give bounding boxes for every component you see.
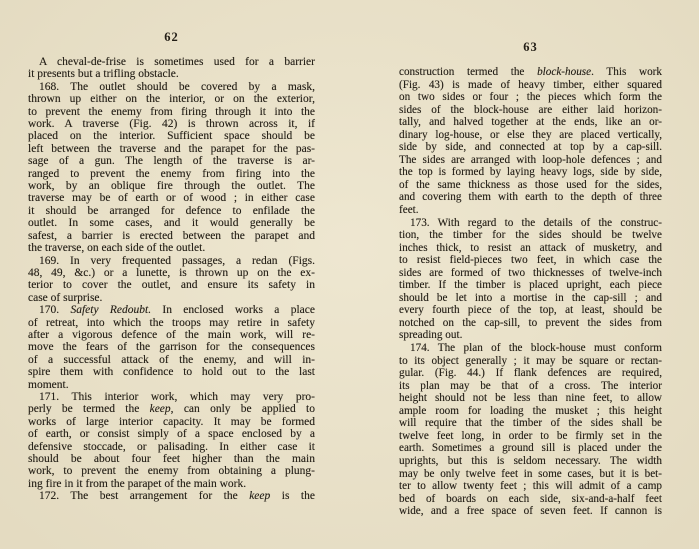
text-line: tally, and halved together at the ends, … xyxy=(399,116,662,129)
text-line: safest, a barrier is erected between the… xyxy=(28,230,315,242)
text-line: spire them with confidence to hold out t… xyxy=(28,366,315,378)
text-line: earth. Sometimes a ground sill is placed… xyxy=(399,442,662,455)
text-line: thrown up either on the interior, or on … xyxy=(28,93,315,105)
text-line: works of large interior capacity. It may… xyxy=(28,416,315,428)
text-line: 168. The outlet should be covered by a m… xyxy=(28,81,315,93)
text-line: to resist field-pieces two feet, in whic… xyxy=(399,254,662,267)
text-line: 171. This interior work, which may very … xyxy=(28,391,315,403)
text-line: 173. With regard to the details of the c… xyxy=(399,217,662,230)
text-line: feet. xyxy=(399,204,662,217)
text-line: every fourth piece of the top, at least,… xyxy=(399,304,662,317)
text-line: ing fire in it from the parapet of the m… xyxy=(28,478,315,490)
text-line: 48, 49, &c.) or a lunette, is thrown up … xyxy=(28,267,315,279)
text-line: should be about four feet higher than th… xyxy=(28,453,315,465)
text-line: left between the traverse and the parape… xyxy=(28,143,315,155)
text-line: defensive stoccade, or palisading. In ei… xyxy=(28,441,315,453)
text-line: the top is formed by laying heavy logs, … xyxy=(399,166,662,179)
text-line: ranged to prevent the enemy from firing … xyxy=(28,168,315,180)
text-line: gular. (Fig. 44.) If flank defences are … xyxy=(399,367,662,380)
text-line: 174. The plan of the block-house must co… xyxy=(399,342,662,355)
text-line: after a vigorous defence of the main wor… xyxy=(28,329,315,341)
text-line: and covering them with earth to the dept… xyxy=(399,191,662,204)
text-line: move the fears of the garrison for the c… xyxy=(28,341,315,353)
text-line: may be only twelve feet in some cases, b… xyxy=(399,468,662,481)
text-line: perly be termed the keep, can only be ap… xyxy=(28,403,315,415)
text-line: outlet. In some cases, and it would gene… xyxy=(28,217,315,229)
text-line: on two sides or four ; the pieces which … xyxy=(399,91,662,104)
text-line: (Fig. 43) is made of heavy timber, eithe… xyxy=(399,79,662,92)
page-62-text: A cheval-de-frise is sometimes used for … xyxy=(28,56,315,503)
text-line: of retreat, into which the troops may re… xyxy=(28,317,315,329)
text-line: traverse may be of earth or of wood ; in… xyxy=(28,192,315,204)
text-line: construction termed the block-house. Thi… xyxy=(399,66,662,79)
text-line: twelve feet long, in order to be firmly … xyxy=(399,430,662,443)
text-line: height should not be less than nine feet… xyxy=(399,392,662,405)
text-line: bed of boards on each side, six-and-a-ha… xyxy=(399,493,662,506)
text-line: The sides are arranged with loop-hole de… xyxy=(399,154,662,167)
text-line: moment. xyxy=(28,379,315,391)
text-line: to its object generally ; it may be squa… xyxy=(399,355,662,368)
text-line: of earth, or consist simply of a space e… xyxy=(28,428,315,440)
text-line: A cheval-de-frise is sometimes used for … xyxy=(28,56,315,68)
text-line: 172. The best arrangement for the keep i… xyxy=(28,490,315,502)
text-line: ter to allow twenty feet ; this will adm… xyxy=(399,480,662,493)
page-number-left: 62 xyxy=(28,31,315,44)
page-63-text: construction termed the block-house. Thi… xyxy=(399,66,662,518)
text-line: timber. If the timber is placed upright,… xyxy=(399,279,662,292)
text-line: sides are formed of two thicknesses of t… xyxy=(399,267,662,280)
text-line: uprights, but this is seldom necessary. … xyxy=(399,455,662,468)
text-line: notched on the cap-sill, to prevent the … xyxy=(399,317,662,330)
text-line: to prevent the enemy from firing through… xyxy=(28,106,315,118)
text-line: of a successful attack of the enemy, and… xyxy=(28,354,315,366)
page-number-right: 63 xyxy=(399,41,662,54)
page-63: 63 construction termed the block-house. … xyxy=(399,41,662,518)
text-line: tion, the timber for the sides should be… xyxy=(399,229,662,242)
text-line: 170. Safety Redoubt. In enclosed works a… xyxy=(28,304,315,316)
text-line: sides of the block-house are either laid… xyxy=(399,104,662,117)
text-line: it should be arranged for defence to enf… xyxy=(28,205,315,217)
text-line: inches thick, to resist an attack of mus… xyxy=(399,242,662,255)
text-line: wide, and a free space of seven feet. If… xyxy=(399,505,662,518)
text-line: dinary log-house, or else they are place… xyxy=(399,129,662,142)
text-line: 169. In very frequented passages, a reda… xyxy=(28,255,315,267)
text-line: placed on the interior. Sufficient space… xyxy=(28,130,315,142)
page-62: 62 A cheval-de-frise is sometimes used f… xyxy=(28,31,315,503)
text-line: its plan may be that of a cross. The int… xyxy=(399,380,662,393)
text-line: work, by an oblique fire through the out… xyxy=(28,180,315,192)
text-line: sage of a gun. The length of the travers… xyxy=(28,155,315,167)
text-line: should be let into a mortise in the cap-… xyxy=(399,292,662,305)
text-line: terior to cover the outlet, and ensure i… xyxy=(28,279,315,291)
scanned-book-spread: 62 A cheval-de-frise is sometimes used f… xyxy=(0,0,699,549)
text-line: case of surprise. xyxy=(28,292,315,304)
text-line: spreading out. xyxy=(399,329,662,342)
text-line: side by side, and connected at top by a … xyxy=(399,141,662,154)
text-line: of the same thickness as those used for … xyxy=(399,179,662,192)
text-line: ample room for loading the musket ; this… xyxy=(399,405,662,418)
text-line: work, to prevent the enemy from obtainin… xyxy=(28,465,315,477)
text-line: the traverse, on each side of the outlet… xyxy=(28,242,315,254)
text-line: it presents but a trifling obstacle. xyxy=(28,68,315,80)
text-line: will require that the timber of the side… xyxy=(399,417,662,430)
text-line: work. A traverse (Fig. 42) is thrown acr… xyxy=(28,118,315,130)
